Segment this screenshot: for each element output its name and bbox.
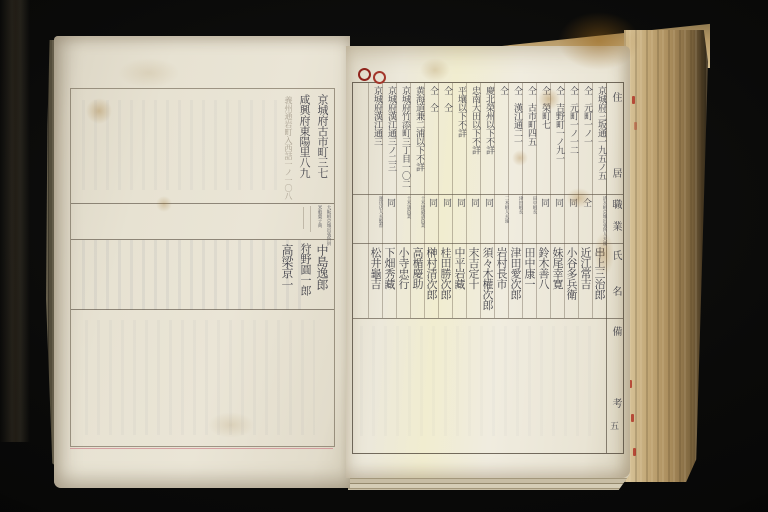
- right-register-table: 住居 職業 氏名 備考 五 京城府三坂通一九五ノ五 清水組京城出張所人夫頭 串上…: [352, 82, 624, 454]
- header-label: 氏名: [610, 243, 620, 318]
- register-column: 仝 仝 同 榊村清次郎: [424, 83, 439, 453]
- register-column: 仝 吉野町一ノ九一 同 妹尾幸寛: [550, 83, 565, 453]
- red-circle-mark: [373, 71, 386, 84]
- register-column: 仝 漢江通二一 津田組長 津田愛次郎: [508, 83, 523, 453]
- register-column: 平壤以下不詳 同 中平岩藏: [452, 83, 467, 453]
- header-label: 職業: [610, 194, 620, 243]
- address-text: 忠南大田以下不詳: [470, 86, 479, 192]
- name-text: 串上三治郎: [594, 247, 605, 317]
- occupation-text: 同: [567, 198, 576, 242]
- occupation-text: 津田組長: [518, 196, 523, 240]
- name-text: 中島逸郎: [316, 244, 328, 306]
- header-label: 住居: [610, 83, 620, 194]
- pencil-note-text: 義州通岩町入西詰一ノ一〇八: [284, 96, 292, 200]
- row-divider: [71, 309, 334, 310]
- address-text: 仝 古市町四五: [526, 86, 535, 192]
- register-column: 慶北榮州以下不詳 同 須々木權次郎: [480, 83, 495, 453]
- fore-edge-red-stamp: [633, 448, 636, 456]
- fore-edge-red-stamp: [632, 96, 635, 104]
- address-text: 京城府漢江通三: [372, 86, 381, 192]
- page-number: 五: [607, 421, 620, 430]
- header-label: 備考: [610, 318, 620, 453]
- pencil-streak: [303, 207, 304, 229]
- address-text: 京城府竹添町三丁目一〇二: [400, 86, 409, 192]
- occupation-text: 同: [483, 198, 492, 242]
- occupation-text: 同: [427, 198, 436, 242]
- register-column: 黄海道兼二浦以下不詳 土木建築請負業 高楯慶助: [410, 83, 425, 453]
- occupation-text: 清水組京城出張所人夫頭: [602, 196, 607, 240]
- fore-edge-red-stamp: [634, 122, 637, 130]
- pink-rule-line: [70, 448, 333, 449]
- left-register-table: 京城府古市町三七 咸興府東陽里八九 義州通岩町入西詰一ノ一〇八 大阪組京城出張所…: [70, 88, 335, 447]
- name-text: 桂田勝次郎: [440, 247, 451, 317]
- header-cell-address: 住居: [607, 83, 623, 194]
- occupation-text: 土木請負業: [406, 196, 411, 240]
- header-cell-occupation: 職業: [607, 194, 623, 243]
- occupation-text: 同: [553, 198, 562, 242]
- address-text: 仝 仝: [428, 86, 437, 192]
- register-column: 仝 元町一ノ一二 同 小谷多兵衛: [564, 83, 579, 453]
- name-text: 近江常吉: [580, 247, 591, 317]
- row-divider: [71, 203, 334, 204]
- address-text: 仝 漢江通二一: [512, 86, 521, 192]
- occupation-text: 二木組人夫頭: [504, 196, 509, 240]
- occupation-text: 同: [441, 198, 450, 242]
- occupation-text: 仝: [581, 198, 590, 242]
- occupation-text: 同: [385, 198, 394, 242]
- name-text: 須々木權次郎: [482, 247, 493, 317]
- register-column: 忠南大田以下不詳 同 末吉定十: [466, 83, 481, 453]
- register-column: 仝 元町一ノ一 仝 近江常吉: [578, 83, 593, 453]
- address-text: 京城府三坂通一九五ノ五: [596, 86, 605, 192]
- occupation-text: 米穀菓子商: [317, 205, 322, 238]
- name-text: 狩野圓一郎: [300, 243, 311, 307]
- address-text: 慶北榮州以下不詳: [484, 86, 493, 192]
- address-text: 仝 元町一ノ一二: [568, 86, 577, 192]
- register-column: 仝 榮町七 同 鈴木善八: [536, 83, 551, 453]
- fore-edge-red-stamp: [631, 414, 634, 422]
- address-text: 咸興府東陽里八九: [299, 94, 310, 200]
- occupation-text: 同: [455, 198, 464, 242]
- name-text: 小寺忠行: [398, 247, 409, 317]
- name-text: 末吉定十: [468, 247, 479, 317]
- register-column: 京城府三坂通一九五ノ五 清水組京城出張所人夫頭 串上三治郎: [592, 83, 607, 453]
- row-divider: [71, 239, 334, 240]
- name-text: 妹尾幸寛: [552, 247, 563, 317]
- occupation-text: 田中組長: [532, 196, 537, 240]
- header-cell-name: 氏名: [607, 243, 623, 318]
- name-text: 鈴木善八: [538, 247, 549, 317]
- occupation-text: 運送店人夫監督: [378, 196, 383, 240]
- occupation-text: 大阪組京城出張所員: [326, 205, 331, 238]
- register-column: 仝 二木組人夫頭 岩村長市: [494, 83, 509, 453]
- red-circle-mark: [358, 68, 371, 81]
- address-text: 仝 榮町七: [540, 86, 549, 192]
- address-text: 黄海道兼二浦以下不詳: [414, 86, 423, 192]
- name-text: 高梁京一: [281, 244, 293, 306]
- name-text: 中平岩藏: [454, 247, 465, 317]
- address-text: 仝 吉野町一ノ九一: [554, 86, 563, 192]
- address-text: 京城府漢江通三ノ二三: [386, 86, 395, 192]
- table-header-column: 住居 職業 氏名 備考: [606, 83, 623, 453]
- register-column: 仝 古市町四五 田中組長 田中康一: [522, 83, 537, 453]
- occupation-text: 同: [469, 198, 478, 242]
- address-text: 仝 元町一ノ一: [582, 86, 591, 192]
- address-text: 京城府古市町三七: [317, 94, 328, 200]
- name-text: 岩村長市: [496, 247, 507, 317]
- header-cell-remarks: 備考: [607, 318, 623, 453]
- name-text: 津田愛次郎: [510, 247, 521, 317]
- photo-of-open-register-book: 京城府古市町三七 咸興府東陽里八九 義州通岩町入西詰一ノ一〇八 大阪組京城出張所…: [0, 0, 768, 512]
- name-text: 下畑秀藏: [384, 247, 395, 317]
- book-fore-edge-stack: [624, 30, 708, 482]
- register-column: 仝 仝 同 桂田勝次郎: [438, 83, 453, 453]
- address-text: 仝 仝: [442, 86, 451, 192]
- name-text: 田中康一: [524, 247, 535, 317]
- address-text: 平壤以下不詳: [456, 86, 465, 192]
- register-column: 京城府漢江通三 運送店人夫監督 松井龜吉: [368, 83, 383, 453]
- register-column: 京城府竹添町三丁目一〇二 土木請負業 小寺忠行: [396, 83, 411, 453]
- occupation-text: 土木建築請負業: [420, 196, 425, 240]
- occupation-text: 同: [539, 198, 548, 242]
- binding-gutter-shadow: [0, 0, 30, 442]
- name-text: 松井龜吉: [370, 247, 381, 317]
- name-text: 高楯慶助: [412, 247, 423, 317]
- address-text: 仝: [498, 86, 507, 192]
- name-text: 榊村清次郎: [426, 247, 437, 317]
- register-column: 京城府漢江通三ノ二三 同 下畑秀藏: [382, 83, 397, 453]
- pencil-streak: [310, 206, 311, 232]
- name-text: 小谷多兵衛: [566, 247, 577, 317]
